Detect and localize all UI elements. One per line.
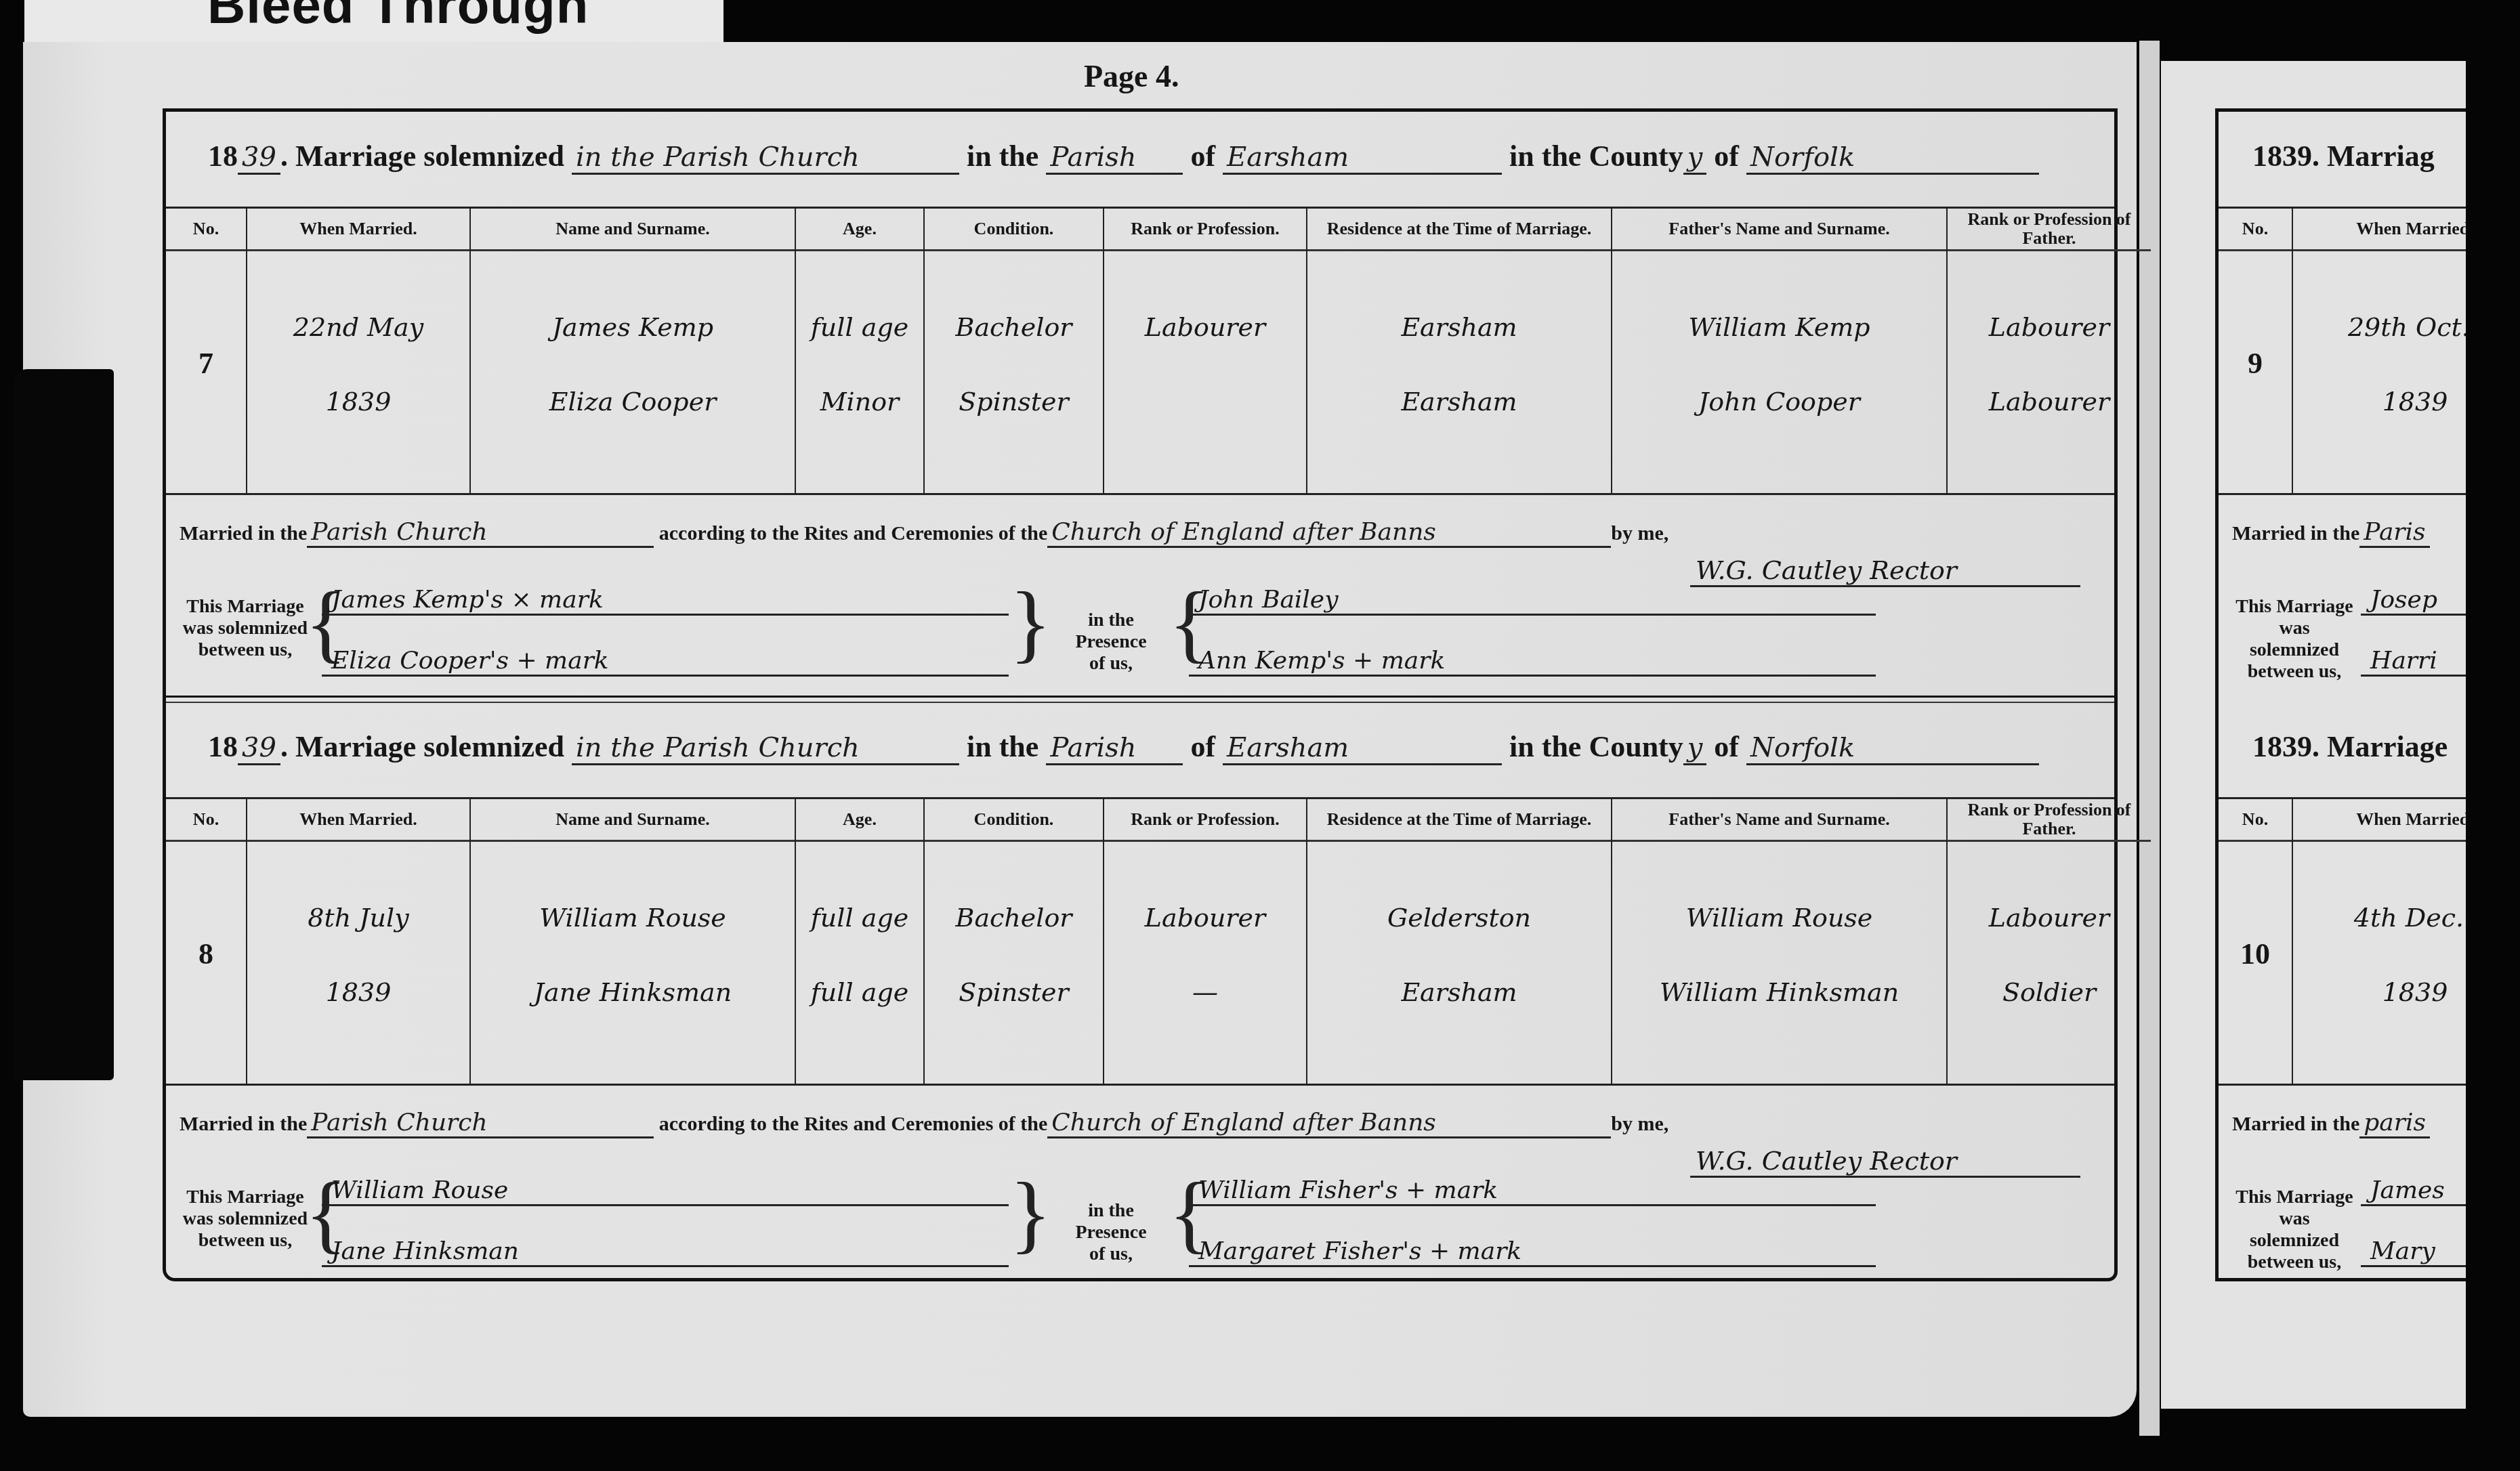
cell-condition: BachelorSpinster	[925, 251, 1103, 495]
column-no: No. 10	[2219, 799, 2293, 1084]
cell-value: Spinster	[925, 977, 1103, 1007]
party-signature: Jane Hinksman	[322, 1237, 1009, 1267]
cell-value: Soldier	[1948, 977, 2151, 1007]
cell-value: Jane Hinksman	[471, 977, 795, 1007]
column-header: Age.	[796, 209, 923, 251]
entry-number: 7	[166, 346, 246, 381]
column-no: No. 9	[2219, 209, 2293, 493]
column-header: Name and Surname.	[471, 209, 795, 251]
column-header: Name and Surname.	[471, 799, 795, 842]
witness-signature: Ann Kemp's + mark	[1189, 647, 1876, 677]
cell-value: 8th July	[247, 903, 469, 933]
column-header: Rank or Profession of Father.	[1948, 209, 2151, 251]
entry-heading: 1839. Marriage solemnized in the Parish …	[208, 729, 2105, 784]
entry-heading: 1839. Marriage solemnized in the Parish …	[208, 139, 2105, 193]
cell-value: Labourer	[1104, 903, 1306, 933]
cell-no: 7	[166, 251, 246, 495]
cell-value: William Rouse	[1612, 903, 1946, 933]
binding-tab	[14, 369, 114, 1080]
column-header: Condition.	[925, 209, 1103, 251]
banner-text: Bleed Through	[207, 0, 589, 36]
column-condition: Condition.BachelorSpinster	[925, 799, 1104, 1084]
cell-residence: GelderstonEarsham	[1307, 842, 1611, 1086]
cell-father-rank: LabourerSoldier	[1948, 842, 2151, 1086]
entry-number: 10	[2219, 937, 2292, 971]
cell-value: William Rouse	[471, 903, 795, 933]
cell-residence: EarshamEarsham	[1307, 251, 1611, 495]
party-signature: William Rouse	[322, 1176, 1009, 1206]
column-header: No.	[2219, 209, 2292, 251]
married-in-line: Married in theParish Church according to…	[180, 518, 1668, 548]
column-no: No.7	[166, 209, 247, 493]
column-age: Age.full ageMinor	[796, 209, 925, 493]
cell-value: William Hinksman	[1612, 977, 1946, 1007]
column-header: Residence at the Time of Marriage.	[1307, 799, 1611, 842]
cell-value: Eliza Cooper	[471, 387, 795, 417]
column-rank: Rank or Profession.Labourer	[1104, 209, 1307, 493]
entry-table: No.8When Married.8th July1839Name and Su…	[166, 797, 2114, 1086]
presence-label: in the Presence of us,	[1067, 610, 1155, 675]
cell-when-married: 22nd May1839	[247, 251, 469, 495]
column-when-married: When Married.8th July1839	[247, 799, 471, 1084]
minister-signature: W.G. Cautley Rector	[1690, 1146, 2080, 1178]
marriage-entry: 1839. Marriage solemnized in the Parish …	[166, 112, 2114, 694]
solemnized-between-label: This Marriage was solemnized between us,	[2233, 596, 2355, 683]
cell-value: Bachelor	[925, 903, 1103, 933]
cell-value: Bachelor	[925, 312, 1103, 342]
cell-value: William Kemp	[1612, 312, 1946, 342]
column-header: Age.	[796, 799, 923, 842]
column-header: Father's Name and Surname.	[1612, 209, 1946, 251]
column-header: Rank or Profession of Father.	[1948, 799, 2151, 842]
column-no: No.8	[166, 799, 247, 1084]
entry-number: 8	[166, 937, 246, 971]
column-residence: Residence at the Time of Marriage.Earsha…	[1307, 209, 1612, 493]
solemnized-between-label: This Marriage was solemnized between us,	[181, 596, 310, 661]
solemnized-between-label: This Marriage was solemnized between us,	[181, 1187, 310, 1252]
entry-table: No.7When Married.22nd May1839Name and Su…	[166, 207, 2114, 495]
cell-value: John Cooper	[1612, 387, 1946, 417]
cell-value: Earsham	[1307, 312, 1611, 342]
column-name: Name and Surname.William RouseJane Hinks…	[471, 799, 796, 1084]
cell-age: full ageMinor	[796, 251, 923, 495]
column-when-married: When Married.22nd May1839	[247, 209, 471, 493]
cell-value: Minor	[796, 387, 923, 417]
cell-when-married: 8th July1839	[247, 842, 469, 1086]
column-header: When Married.	[247, 209, 469, 251]
column-header: No.	[166, 799, 246, 842]
column-residence: Residence at the Time of Marriage.Gelder…	[1307, 799, 1612, 1084]
cell-value: Labourer	[1948, 312, 2151, 342]
entry-separator	[166, 696, 2114, 703]
cell-name: William RouseJane Hinksman	[471, 842, 795, 1086]
married-in-line: Married in theParish Church according to…	[180, 1109, 1668, 1138]
cell-value: Spinster	[925, 387, 1103, 417]
scan-edge	[2466, 0, 2520, 1471]
column-header: When Married.	[247, 799, 469, 842]
column-father-name: Father's Name and Surname.William RouseW…	[1612, 799, 1948, 1084]
column-age: Age.full agefull age	[796, 799, 925, 1084]
solemnized-between-label: This Marriage was solemnized between us,	[2233, 1187, 2355, 1273]
register-frame: 1839. Marriage solemnized in the Parish …	[163, 108, 2118, 1281]
cell-value: Labourer	[1948, 387, 2151, 417]
cell-value: full age	[796, 312, 923, 342]
column-name: Name and Surname.James KempEliza Cooper	[471, 209, 796, 493]
minister-signature: W.G. Cautley Rector	[1690, 555, 2080, 587]
bleed-through-label: Bleed Through	[24, 0, 723, 43]
column-header: Father's Name and Surname.	[1612, 799, 1946, 842]
column-header: No.	[166, 209, 246, 251]
witness-signature: Margaret Fisher's + mark	[1189, 1237, 1876, 1267]
cell-value: James Kemp	[471, 312, 795, 342]
cell-father-name: William KempJohn Cooper	[1612, 251, 1946, 495]
cell-father-name: William RouseWilliam Hinksman	[1612, 842, 1946, 1086]
column-rank: Rank or Profession.Labourer—	[1104, 799, 1307, 1084]
column-condition: Condition.BachelorSpinster	[925, 209, 1104, 493]
cell-value: Earsham	[1307, 977, 1611, 1007]
party-signature: James Kemp's × mark	[322, 586, 1009, 616]
column-header: No.	[2219, 799, 2292, 842]
entry-number: 9	[2219, 346, 2292, 381]
cell-value: —	[1104, 977, 1306, 1007]
cell-value: Labourer	[1948, 903, 2151, 933]
cell-condition: BachelorSpinster	[925, 842, 1103, 1086]
cell-father-rank: LabourerLabourer	[1948, 251, 2151, 495]
witness-signature: William Fisher's + mark	[1189, 1176, 1876, 1206]
cell-age: full agefull age	[796, 842, 923, 1086]
cell-rank: Labourer	[1104, 251, 1306, 495]
cell-value: 22nd May	[247, 312, 469, 342]
married-in-line: Married in theparis	[2232, 1109, 2430, 1138]
witness-signature: John Bailey	[1189, 586, 1876, 616]
brace-right: }	[1009, 1170, 1051, 1258]
column-father-rank: Rank or Profession of Father.LabourerSol…	[1948, 799, 2151, 1084]
column-header: Condition.	[925, 799, 1103, 842]
cell-value: Labourer	[1104, 312, 1306, 342]
cell-name: James KempEliza Cooper	[471, 251, 795, 495]
cell-value: full age	[796, 903, 923, 933]
cell-value: 1839	[247, 387, 469, 417]
column-father-name: Father's Name and Surname.William KempJo…	[1612, 209, 1948, 493]
page-title: Page 4.	[1084, 58, 1179, 94]
marriage-entry: 1839. Marriage solemnized in the Parish …	[166, 702, 2114, 1285]
column-father-rank: Rank or Profession of Father.LabourerLab…	[1948, 209, 2151, 493]
presence-label: in the Presence of us,	[1067, 1200, 1155, 1265]
party-signature: Eliza Cooper's + mark	[322, 647, 1009, 677]
column-header: Rank or Profession.	[1104, 209, 1306, 251]
cell-value: Earsham	[1307, 387, 1611, 417]
cell-no: 8	[166, 842, 246, 1086]
cell-value: full age	[796, 977, 923, 1007]
cell-rank: Labourer—	[1104, 842, 1306, 1086]
column-header: Residence at the Time of Marriage.	[1307, 209, 1611, 251]
brace-right: }	[1009, 579, 1051, 667]
married-in-line: Married in theParis	[2232, 518, 2430, 548]
cell-value: Gelderston	[1307, 903, 1611, 933]
cell-value: 1839	[247, 977, 469, 1007]
column-header: Rank or Profession.	[1104, 799, 1306, 842]
